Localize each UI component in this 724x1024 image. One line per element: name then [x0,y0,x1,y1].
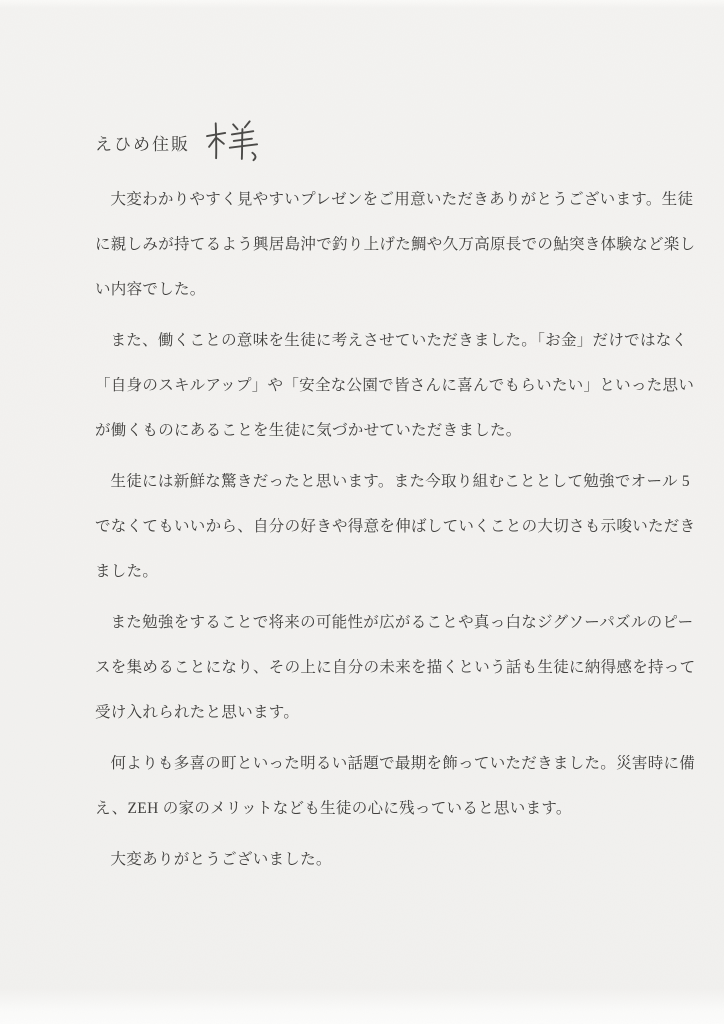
text-line: が働くものにあることを生徒に気づかせていただきました。 [95,408,640,453]
text-line: 「自身のスキルアップ」や「安全な公園で皆さんに喜んでもらいたい」といった思い [95,363,640,408]
text-line: 生徒には新鮮な驚きだったと思います。また今取り組むこととして勉強でオール 5 [95,459,640,504]
letter-header: えひめ住販 様 [95,116,262,171]
text-line: スを集めることになり、その上に自分の未来を描くという話も生徒に納得感を持って [95,645,640,690]
paragraph: また勉強をすることで将来の可能性が広がることや真っ白なジグソーパズルのピースを集… [95,600,640,735]
paragraph: 大変ありがとうございました。 [95,837,640,882]
scanned-letter-page: えひめ住販 様 大変わかりやすく見やすいプレゼンをご用意いただきありがとうござい… [0,0,724,1024]
text-line: 大変わかりやすく見やすいプレゼンをご用意いただきありがとうございます。生徒 [95,177,640,222]
handwritten-sama: 様 [203,115,263,172]
text-line: また勉強をすることで将来の可能性が広がることや真っ白なジグソーパズルのピー [95,600,640,645]
text-line: でなくてもいいから、自分の好きや得意を伸ばしていくことの大切さも示唆いただき [95,504,640,549]
text-line: ました。 [95,549,640,594]
paragraph: 何よりも多喜の町といった明るい話題で最期を飾っていただきました。災害時に備え、Z… [95,741,640,831]
recipient-name: えひめ住販 [95,116,190,155]
letter-body: 大変わかりやすく見やすいプレゼンをご用意いただきありがとうございます。生徒に親し… [95,177,640,888]
paragraph: 大変わかりやすく見やすいプレゼンをご用意いただきありがとうございます。生徒に親し… [95,177,640,312]
text-line: また、働くことの意味を生徒に考えさせていただきました。「お金」だけではなく [95,318,640,363]
text-line: に親しみが持てるよう興居島沖で釣り上げた鯛や久万高原長での鮎突き体験など楽し [95,222,640,267]
handwritten-sama-icon [203,115,263,167]
text-line: い内容でした。 [95,267,640,312]
paragraph: また、働くことの意味を生徒に考えさせていただきました。「お金」だけではなく「自身… [95,318,640,453]
text-line: 受け入れられたと思います。 [95,690,640,735]
text-line: え、ZEH の家のメリットなども生徒の心に残っていると思います。 [95,786,640,831]
paragraph: 生徒には新鮮な驚きだったと思います。また今取り組むこととして勉強でオール 5でな… [95,459,640,594]
text-line: 大変ありがとうございました。 [95,837,640,882]
text-line: 何よりも多喜の町といった明るい話題で最期を飾っていただきました。災害時に備 [95,741,640,786]
